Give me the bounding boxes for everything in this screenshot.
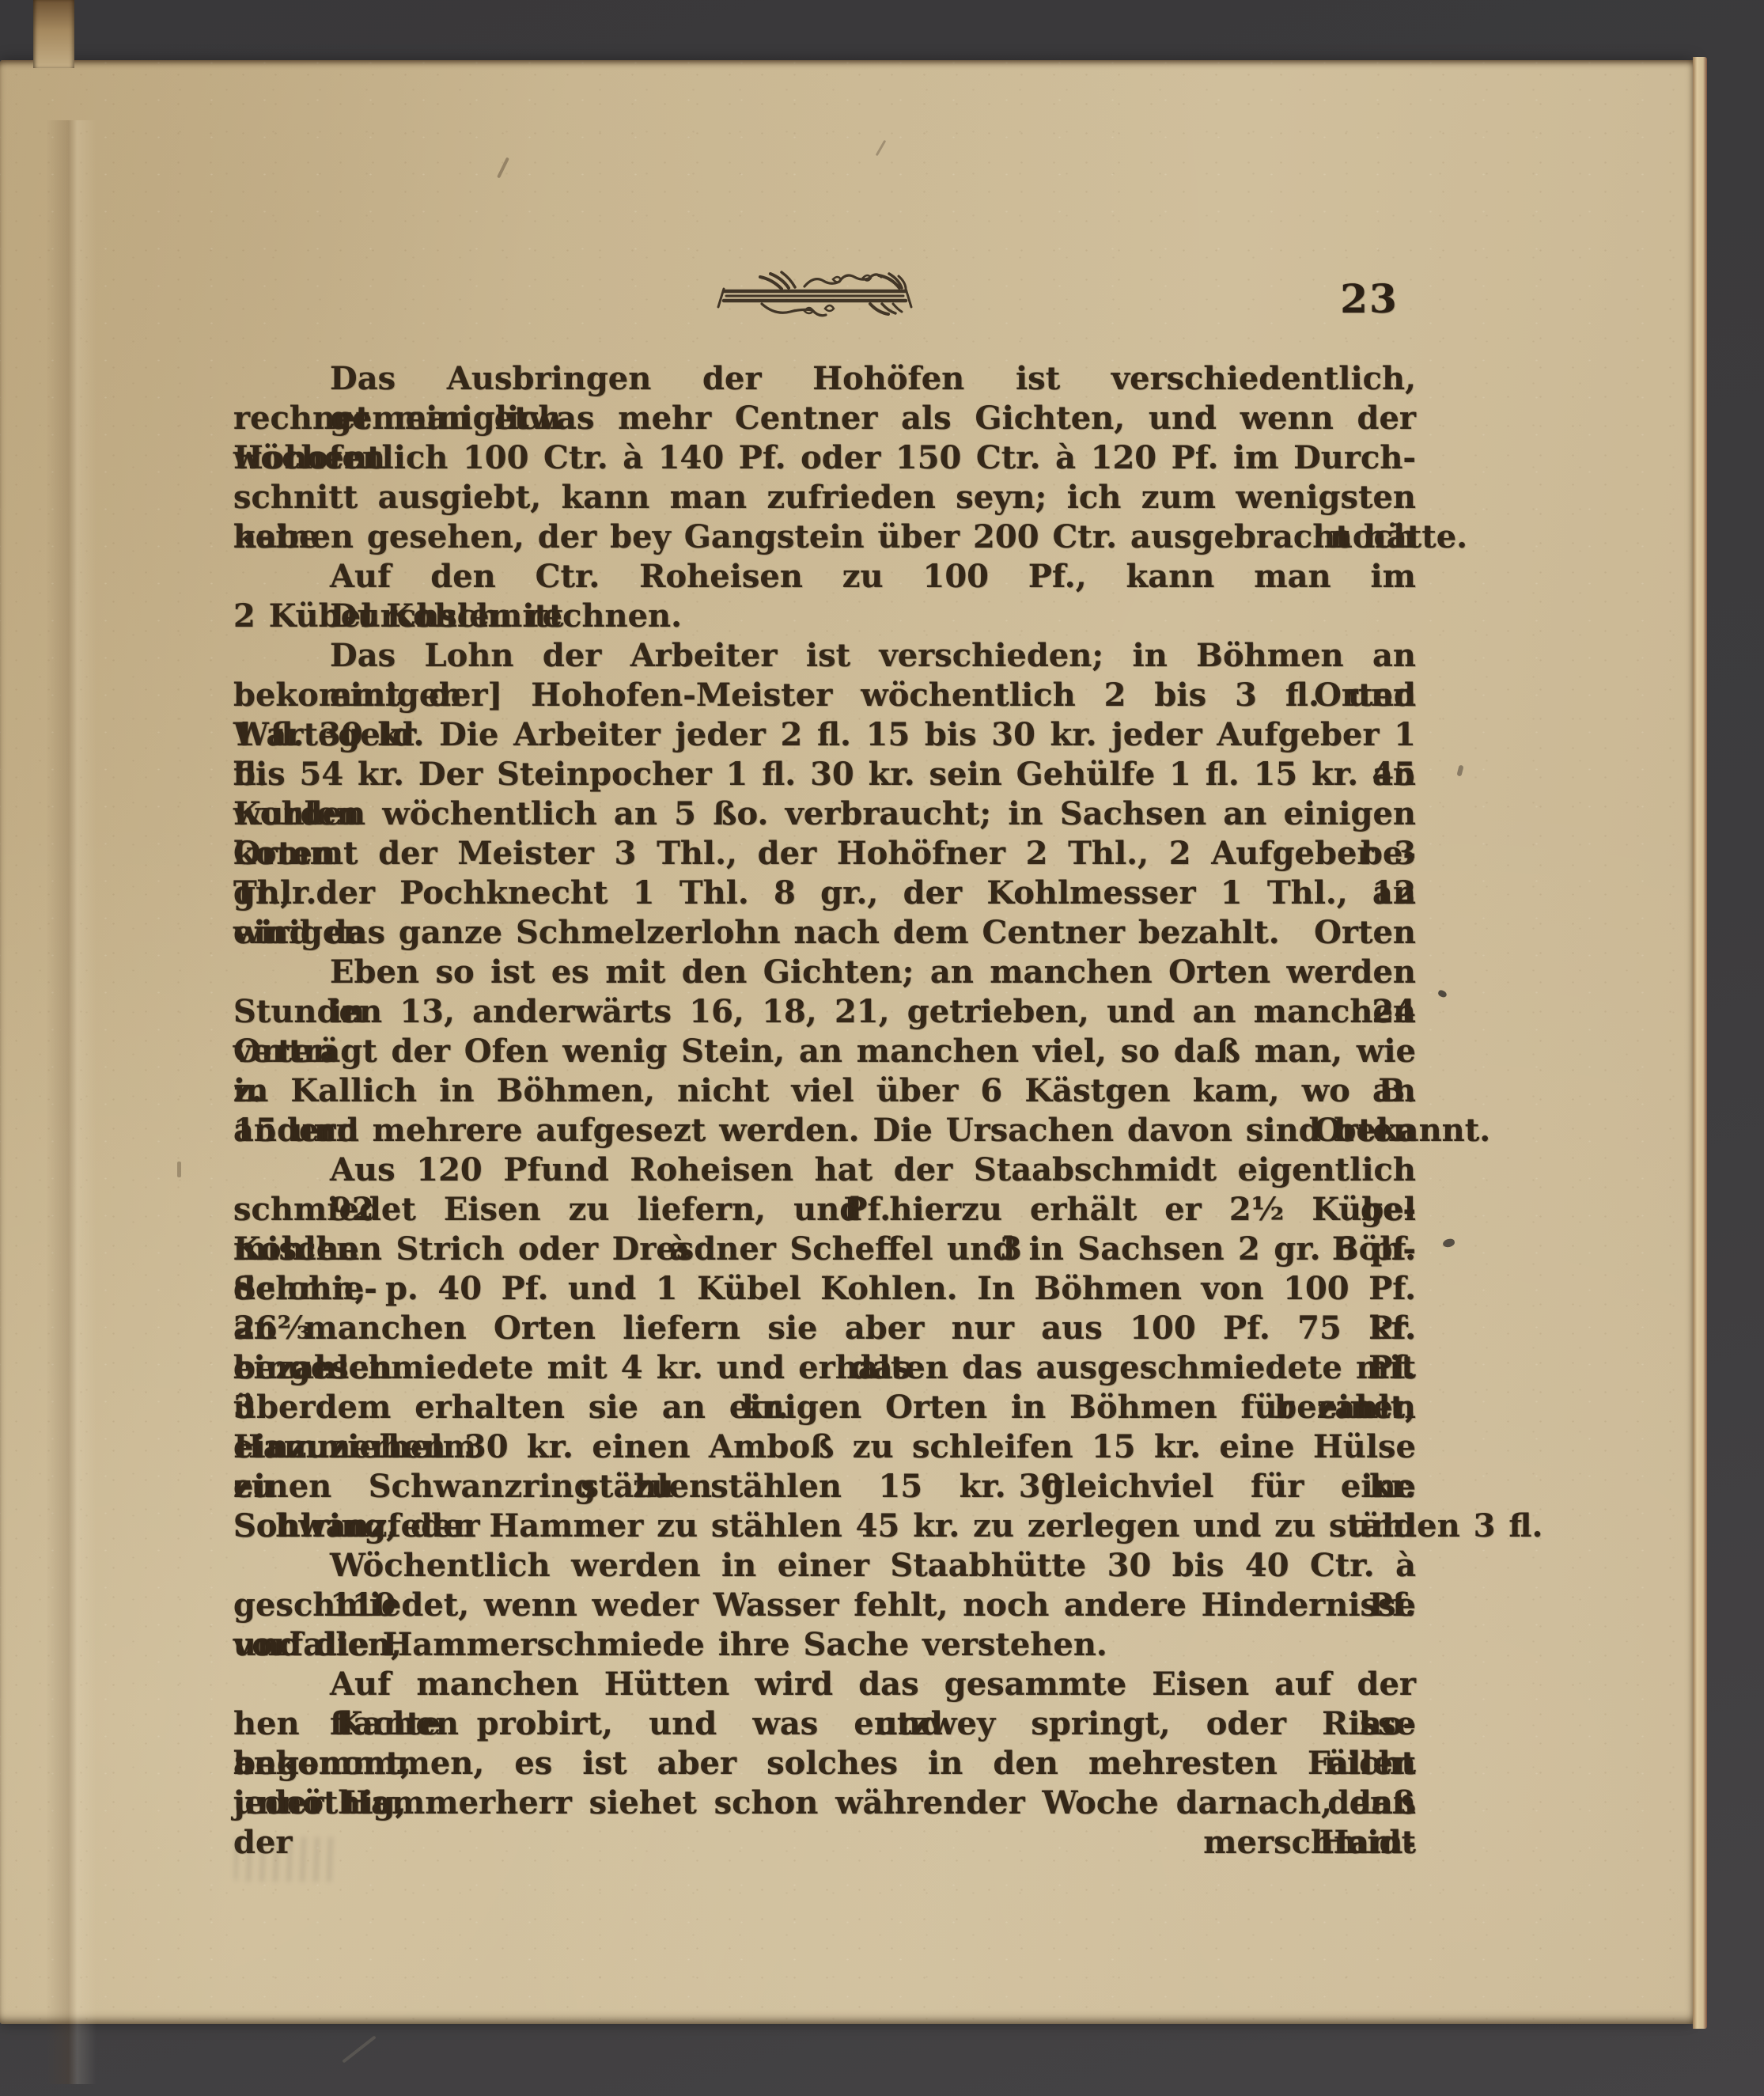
fleuron-rule-ornament	[716, 267, 914, 318]
text-block: Das Ausbringen der Hohöfen ist verschied…	[233, 359, 1416, 1863]
text-line: wird das ganze Schmelzerlohn nach dem Ce…	[233, 913, 1416, 953]
text-line: Das Lohn der Arbeiter ist verschieden; i…	[233, 636, 1416, 676]
text-line: wurden wöchentlich an 5 ßo. verbraucht; …	[233, 794, 1416, 834]
text-line: keinen gesehen, der bey Gangstein über 2…	[233, 517, 1416, 557]
text-line: 2 Kübel Kohlen rechnen.	[233, 597, 1416, 636]
text-line: bis 54 kr. Der Steinpocher 1 fl. 30 kr. …	[233, 755, 1416, 794]
text-line: jeder Hammerherr siehet schon währender …	[233, 1783, 1416, 1823]
text-line: Eben so ist es mit den Gichten; an manch…	[233, 953, 1416, 992]
text-line: mischen Strich oder Dresdner Scheffel un…	[233, 1230, 1416, 1269]
text-line: Das Ausbringen der Hohöfen ist verschied…	[233, 359, 1416, 399]
text-line: Aus 120 Pfund Roheisen hat der Staabschm…	[233, 1150, 1416, 1190]
margin-mark	[177, 1162, 181, 1177]
text-line: überdem erhalten sie an einigen Orten in…	[233, 1388, 1416, 1427]
text-line: einen Schwanzring zu stählen 15 kr. glei…	[233, 1467, 1416, 1507]
margin-mark	[876, 140, 887, 157]
text-line: 1 fl. 30 kr. Die Arbeiter jeder 2 fl. 15…	[233, 715, 1416, 755]
paper-speck	[1437, 989, 1448, 999]
text-line: Auf den Ctr. Roheisen zu 100 Pf., kann m…	[233, 557, 1416, 597]
text-line: 15 und mehrere aufgesezt werden. Die Urs…	[233, 1111, 1416, 1150]
text-line: Auf manchen Hütten wird das gesammte Eis…	[233, 1665, 1416, 1704]
page-number: 23	[1334, 275, 1405, 322]
gutter-crease	[46, 120, 97, 2084]
binding-sliver	[33, 0, 74, 68]
text-line: einzuziehen 30 kr. einen Amboß zu schlei…	[233, 1427, 1416, 1467]
margin-mark	[1456, 764, 1463, 776]
text-line: bekommt der] Hohofen-Meister wöchentlich…	[233, 676, 1416, 715]
text-line: Stunden 13, anderwärts 16, 18, 21, getri…	[233, 992, 1416, 1032]
text-line: schmiedet Eisen zu liefern, und hierzu e…	[233, 1190, 1416, 1230]
text-line: angenommen, es ist aber solches in den m…	[233, 1744, 1416, 1783]
text-line: wöchentlich 100 Ctr. à 140 Pf. oder 150 …	[233, 438, 1416, 478]
text-line: hen Kante probirt, und was entzwey sprin…	[233, 1704, 1416, 1744]
text-line: und die Hammerschmiede ihre Sache verste…	[233, 1625, 1416, 1665]
text-line: Sohlring, den Hammer zu stählen 45 kr. z…	[233, 1507, 1416, 1546]
text-line: geschmiedet, wenn weder Wasser fehlt, no…	[233, 1586, 1416, 1625]
text-line: schnitt ausgiebt, kann man zufrieden sey…	[233, 478, 1416, 517]
scan-background: { "page": { "number": "23", "catchword":…	[0, 0, 1764, 2096]
text-line: verträgt der Ofen wenig Stein, an manche…	[233, 1032, 1416, 1071]
text-line: in Kallich in Böhmen, nicht viel über 6 …	[233, 1071, 1416, 1111]
pencil-mark	[342, 2035, 376, 2063]
book-page: 23 Das Ausbringen der Hohöfen ist versch…	[0, 60, 1694, 2024]
text-line: an manchen Orten liefern sie aber nur au…	[233, 1309, 1416, 1348]
text-line: eingeschmiedete mit 4 kr. und erhalten d…	[233, 1348, 1416, 1388]
paper-speck	[1442, 1238, 1455, 1249]
margin-mark	[497, 157, 509, 179]
text-line: delohn, p. 40 Pf. und 1 Kübel Kohlen. In…	[233, 1269, 1416, 1309]
text-line: kommt der Meister 3 Thl., der Hohöfner 2…	[233, 834, 1416, 874]
text-line: Wöchentlich werden in einer Staabhütte 3…	[233, 1546, 1416, 1586]
page-edge-stack	[1693, 57, 1707, 2029]
text-line: gr., der Pochknecht 1 Thl. 8 gr., der Ko…	[233, 874, 1416, 913]
text-line: rechnet man etwas mehr Centner als Gicht…	[233, 399, 1416, 438]
